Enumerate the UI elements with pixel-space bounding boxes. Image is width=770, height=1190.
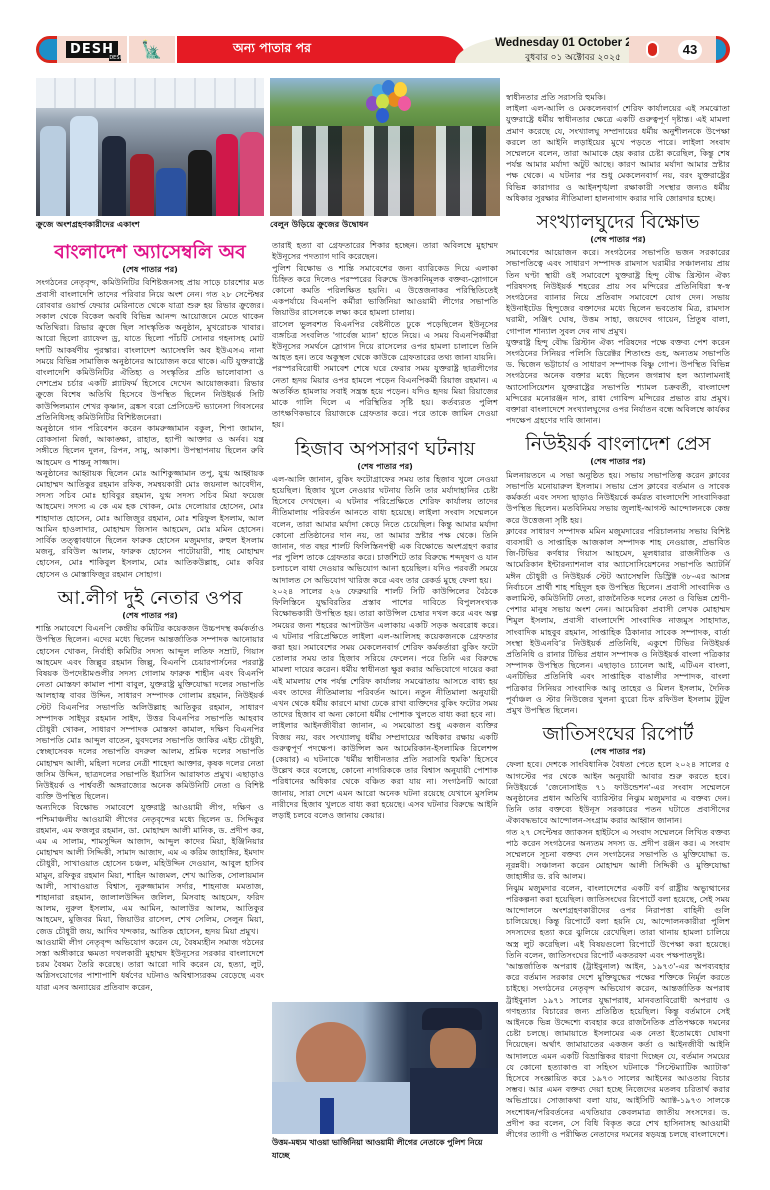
section-band	[177, 36, 467, 63]
article-paragraph: আওয়ামী লীগ নেতৃবৃন্দ অভিযোগ করেন যে, বৈ…	[36, 937, 264, 993]
article-paragraph: যুক্তরাষ্ট্র হিন্দু বৌদ্ধ খ্রিস্টান ঐক্য…	[506, 337, 730, 427]
photo-caption: উত্তম-মধ্যম খাওয়া ভার্জিনিয়া আওয়ামী ল…	[272, 1137, 498, 1163]
article-paragraph: অনুষ্ঠানের আহ্বায়ক ছিলেন মোঃ আশিকুজ্জাম…	[36, 468, 264, 580]
section-title: অন্য পাতার পর	[233, 40, 311, 60]
logo-ring-icon	[36, 36, 54, 63]
headline-hijab[interactable]: হিজাব অপসারণ ঘটনায়	[272, 437, 498, 461]
article-paragraph: তারাই হত্যা বা গ্রেফতারের শিকার হচ্ছেন। …	[272, 240, 498, 262]
article-paragraph: মিলনায়তনে এ সভা অনুষ্ঠিত হয়। সভায় সভা…	[506, 470, 730, 526]
middle-column: বেলুন উড়িয়ে ক্রুজের উদ্বোধন তারাই হত্য…	[270, 78, 500, 821]
headline-bangladesh-assembly[interactable]: বাংলাদেশ অ্যাসেম্বলি অব	[36, 240, 264, 264]
continued-label: (শেষ পাতার পর)	[506, 234, 730, 245]
photo-caption: বেলুন উড়িয়ে ক্রুজের উদ্বোধন	[270, 219, 500, 230]
article-paragraph: পুলিশ বিক্ষোভ ও শান্তি সমাবেশের জন্য ব্য…	[272, 263, 498, 319]
article-paragraph: স্বাধীনতার প্রতি সরাসরি হুমকি।	[506, 92, 730, 103]
article-paragraph: ফেলা হবে। দেশকে সাংবিধানিক বৈধতা পেতে হল…	[506, 759, 730, 826]
logo-sub: DESI	[109, 55, 121, 61]
article-paragraph: সংগঠনের নেতৃবৃন্দ, কমিউনিটির বিশিষ্টজনসহ…	[36, 277, 264, 423]
newspaper-logo[interactable]: DESH DESI	[57, 36, 127, 63]
bottom-photo-block: উত্তম-মধ্যম খাওয়া ভার্জিনিয়া আওয়ামী ল…	[272, 1002, 498, 1173]
article-paragraph: ক্লাবের সাধারণ সম্পাদক মমিন মজুমদারের পর…	[506, 526, 730, 716]
article-paragraph: পরস্পরবিরোধী সমাবেশ শেষে ঘরে ফেরার সময় …	[272, 363, 498, 430]
article-paragraph: গত ২৭ সেপ্টেম্বর জ্যাকসন হাইটসে এ সংবাদ …	[506, 827, 730, 883]
article-paragraph: নিঝুম মজুমদার বলেন, বাংলাদেশের একটি বর্ণ…	[506, 883, 730, 961]
statue-of-liberty-icon: 🗽	[129, 36, 175, 63]
article-paragraph: রাসেল ভুলবশত বিএনপির বেষ্টনীতে ঢুকে পড়ে…	[272, 319, 498, 364]
article-paragraph: অনুষ্ঠানে গান পরিবেশন করেন কামরুজ্জামান …	[36, 423, 264, 468]
headline-un-report[interactable]: জাতিসংঘের রিপোর্ট	[506, 722, 730, 746]
headline-al-leaders[interactable]: আ.লীগ দুই নেতার ওপর	[36, 586, 264, 610]
police-arrest-photo[interactable]	[272, 1002, 498, 1134]
article-paragraph: সমাবেশের আয়োজন করে। সংগঠনের সভাপতি ভজন …	[506, 247, 730, 337]
article-paragraph: 'আন্তর্জাতিক অপরাধ (ট্রাইবুনাল) আইন, ১৯৭…	[506, 961, 730, 1140]
article-paragraph: শান্তি সমাবেশে বিএনপি কেন্দ্রীয় কমিটির …	[36, 623, 264, 802]
headline-ny-press[interactable]: নিউইয়র্ক বাংলাদেশ প্রেস	[506, 432, 730, 456]
balloon-inauguration-photo[interactable]	[270, 78, 500, 216]
logo-ring-right-icon	[716, 36, 730, 63]
page-marker-icon	[646, 41, 659, 58]
article-paragraph: অন্যদিকে বিক্ষোভ সমাবেশে যুক্তরাষ্ট্র আও…	[36, 802, 264, 936]
right-column: স্বাধীনতার প্রতি সরাসরি হুমকি। লাইলা এল-…	[506, 92, 730, 1140]
article-paragraph: এল-আলি জানান, বুকিং ফটোগ্রাফের সময় তার …	[272, 474, 498, 586]
article-paragraph: লাইলা এল-আলি ও মেকলেনবার্গ শেরিফ কার্যাল…	[506, 103, 730, 204]
photo-caption: ক্রুজে অংশগ্রহণকারীদের একাংশ	[36, 219, 264, 230]
continued-label: (শেষ পাতার পর)	[506, 746, 730, 757]
page-number: 43	[678, 40, 702, 60]
continued-label: (শেষ পাতার পর)	[36, 264, 264, 275]
continued-label: (শেষ পাতার পর)	[36, 610, 264, 621]
headline-minority-protest[interactable]: সংখ্যালঘুদের বিক্ষোভ	[506, 210, 730, 234]
left-column: ক্রুজে অংশগ্রহণকারীদের একাংশ বাংলাদেশ অ্…	[36, 78, 264, 993]
continued-label: (শেষ পাতার পর)	[272, 461, 498, 472]
cruise-group-photo[interactable]	[36, 78, 264, 216]
page-number-panel	[629, 36, 716, 63]
continued-label: (শেষ পাতার পর)	[506, 456, 730, 467]
article-paragraph: ২০২৪ সালের ২৬ ফেব্রুয়ারি শার্লট সিটি কা…	[272, 586, 498, 720]
article-paragraph: লাইলার আইনজীবীরা জানান, এ সমঝোতা শুধু এক…	[272, 720, 498, 821]
